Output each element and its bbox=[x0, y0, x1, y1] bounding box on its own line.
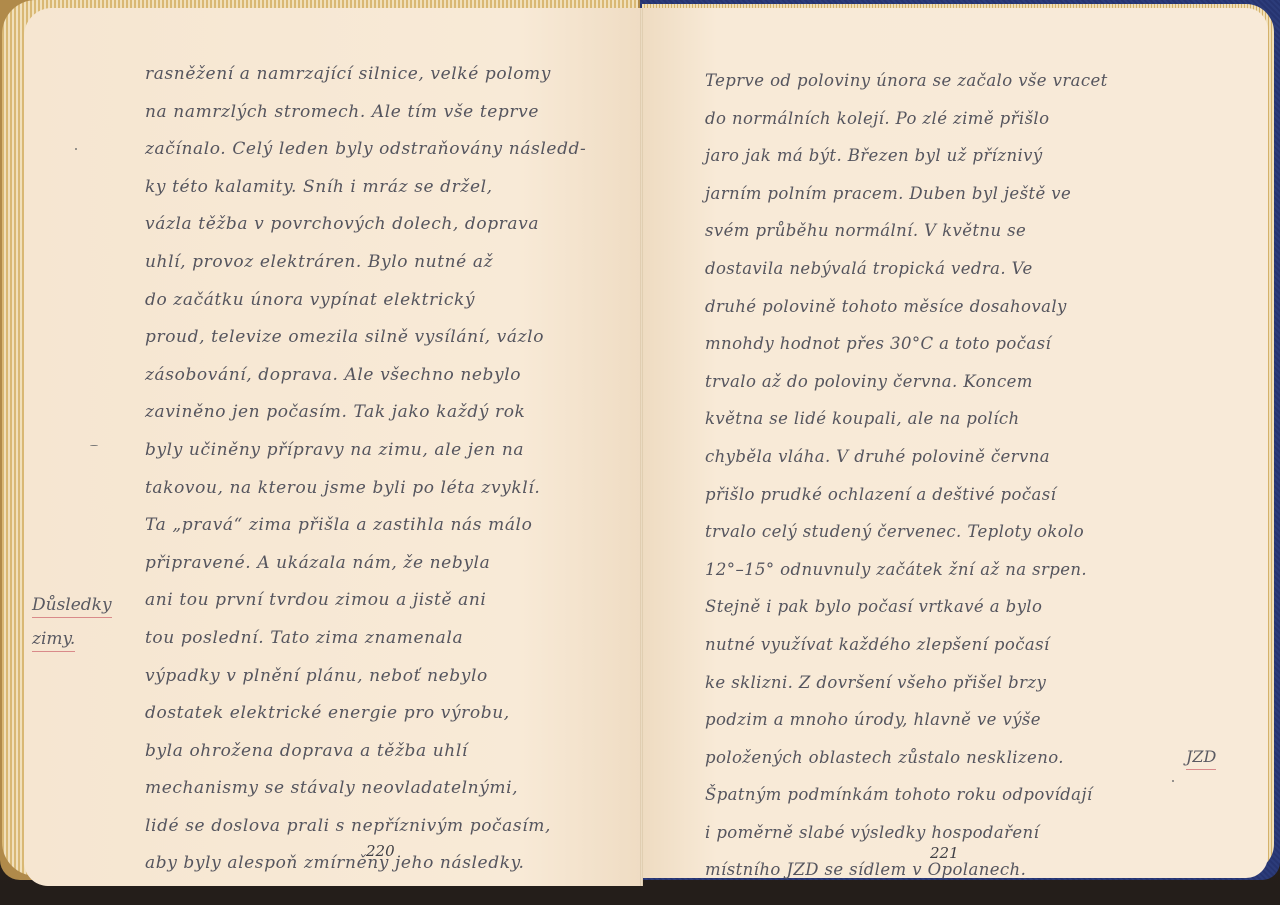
text-line: dostavila nebývalá tropická vedra. Ve bbox=[705, 250, 1165, 288]
text-line: jaro jak má být. Březen byl už příznivý bbox=[705, 137, 1165, 175]
text-line: nutné využívat každého zlepšení počasí bbox=[705, 626, 1165, 664]
book-scene: rasněžení a namrzající silnice, velké po… bbox=[0, 0, 1280, 905]
page-number-left: 220 bbox=[366, 842, 395, 860]
margin-note-right: JZD bbox=[1186, 746, 1216, 780]
pencil-mark bbox=[90, 445, 98, 446]
text-line: tou poslední. Tato zima znamenala bbox=[145, 620, 625, 658]
pencil-dot bbox=[75, 148, 77, 150]
text-line: Teprve od poloviny února se začalo vše v… bbox=[705, 62, 1165, 100]
text-line: zásobování, doprava. Ale všechno nebylo bbox=[145, 357, 625, 395]
text-line: na namrzlých stromech. Ale tím vše teprv… bbox=[145, 94, 625, 132]
text-line: mnohdy hodnot přes 30°C a toto počasí bbox=[705, 325, 1165, 363]
text-line: jarním polním pracem. Duben byl ještě ve bbox=[705, 175, 1165, 213]
text-line: proud, televize omezila silně vysílání, … bbox=[145, 319, 625, 357]
pencil-dot bbox=[1172, 780, 1174, 782]
text-line: Špatným podmínkám tohoto roku odpovídají bbox=[705, 776, 1165, 814]
text-line: podzim a mnoho úrody, hlavně ve výše bbox=[705, 701, 1165, 739]
page-number-right: 221 bbox=[930, 844, 959, 862]
text-line: takovou, na kterou jsme byli po léta zvy… bbox=[145, 470, 625, 508]
text-line: lidé se doslova prali s nepříznivým poča… bbox=[145, 808, 625, 846]
text-line: byla ohrožena doprava a těžba uhlí bbox=[145, 733, 625, 771]
text-line: trvalo až do poloviny června. Koncem bbox=[705, 363, 1165, 401]
text-line: uhlí, provoz elektráren. Bylo nutné až bbox=[145, 244, 625, 282]
margin-note-left: Důsledky zimy. bbox=[32, 594, 112, 662]
text-line: do normálních kolejí. Po zlé zimě přišlo bbox=[705, 100, 1165, 138]
text-line: byly učiněny přípravy na zimu, ale jen n… bbox=[145, 432, 625, 470]
text-line: mechanismy se stávaly neovladatelnými, bbox=[145, 770, 625, 808]
text-line: 12°–15° odnuvnuly začátek žní až na srpe… bbox=[705, 551, 1165, 589]
text-line: začínalo. Celý leden byly odstraňovány n… bbox=[145, 131, 625, 169]
text-line: zaviněno jen počasím. Tak jako každý rok bbox=[145, 394, 625, 432]
text-line: připravené. A ukázala nám, že nebyla bbox=[145, 545, 625, 583]
left-page-text: rasněžení a namrzající silnice, velké po… bbox=[145, 56, 625, 883]
text-line: května se lidé koupali, ale na polích bbox=[705, 400, 1165, 438]
text-line: rasněžení a namrzající silnice, velké po… bbox=[145, 56, 625, 94]
text-line: ke sklizni. Z dovršení všeho přišel brzy bbox=[705, 664, 1165, 702]
text-line: položených oblastech zůstalo nesklizeno. bbox=[705, 739, 1165, 777]
text-line: Stejně i pak bylo počasí vrtkavé a bylo bbox=[705, 588, 1165, 626]
margin-note-line: Důsledky bbox=[32, 594, 112, 618]
margin-note-line: JZD bbox=[1186, 746, 1216, 770]
text-line: ky této kalamity. Sníh i mráz se držel, bbox=[145, 169, 625, 207]
text-line: Ta „pravá“ zima přišla a zastihla nás má… bbox=[145, 507, 625, 545]
text-line: přišlo prudké ochlazení a deštivé počasí bbox=[705, 476, 1165, 514]
right-page-text: Teprve od poloviny února se začalo vše v… bbox=[705, 62, 1165, 889]
book-gutter bbox=[640, 8, 643, 886]
margin-note-line: zimy. bbox=[32, 628, 75, 652]
text-line: do začátku února vypínat elektrický bbox=[145, 282, 625, 320]
text-line: svém průběhu normální. V květnu se bbox=[705, 212, 1165, 250]
text-line: dostatek elektrické energie pro výrobu, bbox=[145, 695, 625, 733]
text-line: vázla těžba v povrchových dolech, doprav… bbox=[145, 206, 625, 244]
text-line: ani tou první tvrdou zimou a jistě ani bbox=[145, 582, 625, 620]
text-line: výpadky v plnění plánu, neboť nebylo bbox=[145, 658, 625, 696]
text-line: trvalo celý studený červenec. Teploty ok… bbox=[705, 513, 1165, 551]
text-line: druhé polovině tohoto měsíce dosahovaly bbox=[705, 288, 1165, 326]
text-line: chyběla vláha. V druhé polovině června bbox=[705, 438, 1165, 476]
